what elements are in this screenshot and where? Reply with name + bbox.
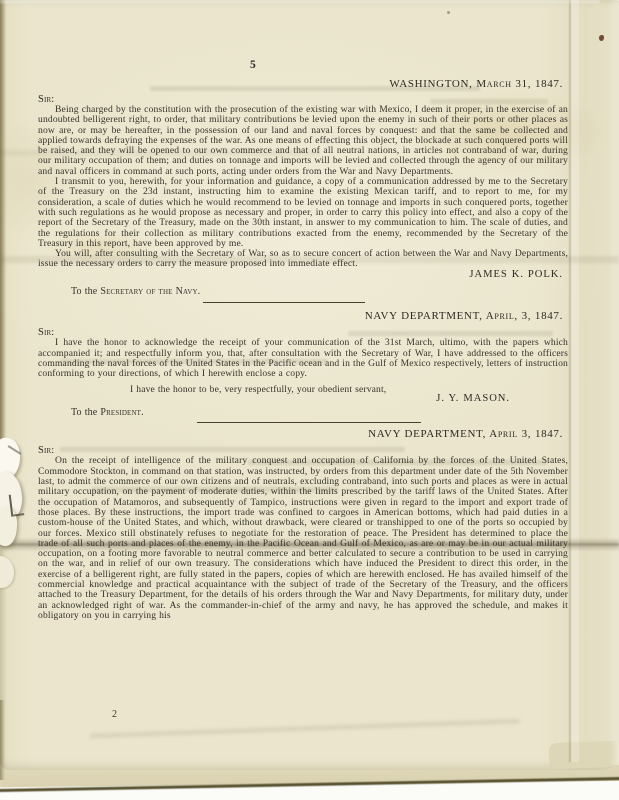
section-divider <box>203 302 365 303</box>
paper-tear <box>0 555 16 590</box>
dateline: WASHINGTON, March 31, 1847. <box>38 78 568 90</box>
dateline: NAVY DEPARTMENT, April, 3, 1847. <box>38 310 568 322</box>
addressee: To the President. <box>71 408 568 418</box>
letter-paragraph: You will, after consulting with the Secr… <box>38 249 568 270</box>
paper-sheet: 5 WASHINGTON, March 31, 1847. Sir: Being… <box>0 0 619 770</box>
pencil-mark <box>9 493 25 516</box>
letter-paragraph: I transmit to you, herewith, for your in… <box>38 177 568 249</box>
signature: JAMES K. POLK. <box>38 270 568 280</box>
letter-paragraph: On the receipt of intelligence of the mi… <box>38 456 568 621</box>
vertical-fold-highlight <box>571 0 579 762</box>
addressee-prefix: To the <box>71 407 100 418</box>
crease-line <box>90 718 520 738</box>
addressee: To the Secretary of the Navy. <box>71 287 568 297</box>
left-edge-shading <box>0 0 6 445</box>
letter-navy-order: NAVY DEPARTMENT, April 3, 1847. Sir: On … <box>38 428 568 621</box>
ink-speck <box>599 35 604 41</box>
letter-paragraph: Being charged by the constitution with t… <box>38 105 568 177</box>
section-divider <box>197 422 421 423</box>
page-number-top: 5 <box>250 60 256 70</box>
page-number-bottom: 2 <box>112 710 117 720</box>
signature: J. Y. MASON. <box>38 394 568 404</box>
document-scan: 5 WASHINGTON, March 31, 1847. Sir: Being… <box>0 0 619 800</box>
letter-paragraph: I have the honor to acknowledge the rece… <box>38 338 568 379</box>
addressee-name: Secretary of the Navy. <box>100 286 200 297</box>
dateline: NAVY DEPARTMENT, April 3, 1847. <box>38 428 568 440</box>
right-edge-highlight <box>609 0 619 765</box>
addressee-prefix: To the <box>71 286 100 297</box>
addressee-name: President. <box>100 407 143 418</box>
left-edge-shading-bottom <box>0 700 5 780</box>
printed-text-block: 5 WASHINGTON, March 31, 1847. Sir: Being… <box>38 0 568 621</box>
letter-mason-acknowledgement: NAVY DEPARTMENT, April, 3, 1847. Sir: I … <box>38 310 568 418</box>
letter-polk: WASHINGTON, March 31, 1847. Sir: Being c… <box>38 78 568 297</box>
